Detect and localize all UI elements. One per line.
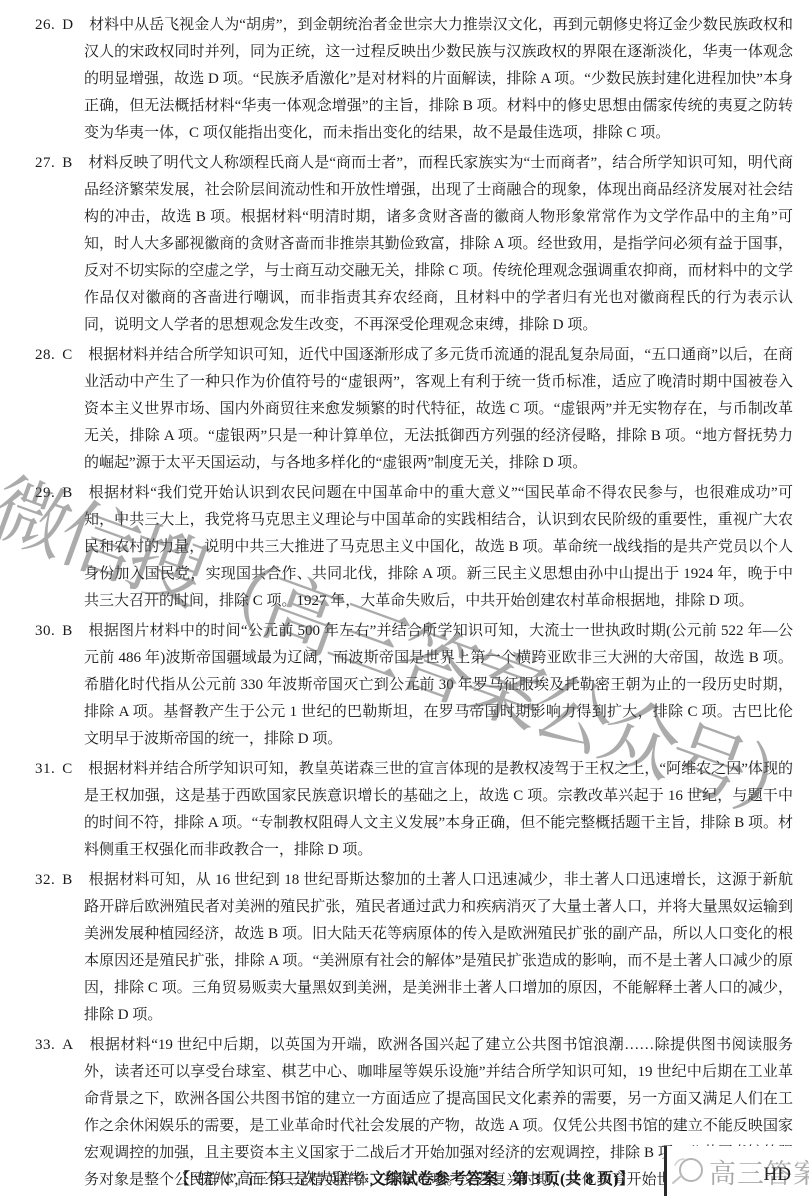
- badge-label: 高三答案: [709, 1152, 809, 1191]
- answer-letter: C: [62, 347, 72, 363]
- footer-page-number: 第 3 页(共 8 页): [512, 1171, 619, 1188]
- answer-item-27: 27.B材料反映了明代文人称颂程氏商人是“商而士者”，而程氏家族实为“士而商者”…: [35, 150, 793, 339]
- question-number: 27.: [35, 155, 55, 171]
- answer-item-30: 30.B根据图片材料中的时间“公元前 500 年左右”并结合所学知识可知，大流士…: [35, 618, 793, 753]
- answer-explanation: 材料反映了明代文人称颂程氏商人是“商而士者”，而程氏家族实为“士而商者”，结合所…: [84, 155, 793, 333]
- footer-exam-title: 【“皖八”高三第三次大联考·: [174, 1171, 370, 1188]
- magnifier-icon: [669, 1153, 707, 1189]
- answer-letter: C: [62, 761, 72, 777]
- answer-item-31: 31.C根据材料并结合所学知识可知，教皇英诺森三世的宣言体现的是教权凌驾于王权之…: [35, 756, 793, 864]
- answer-explanation: 根据材料“我们党开始认识到农民问题在中国革命中的重大意义”“国民革命不得农民参与…: [84, 485, 793, 609]
- answers-page: 26.D材料中从岳飞视金人为“胡虏”，到金朝统治者金世宗大力推崇汉文化，再到元朝…: [0, 0, 809, 1194]
- answer-letter: B: [62, 485, 72, 501]
- answer-letter: A: [62, 1037, 73, 1053]
- footer-subject: 文综试卷参考答案: [370, 1171, 498, 1188]
- answer-explanation: 根据材料并结合所学知识可知，教皇英诺森三世的宣言体现的是教权凌驾于王权之上，“阿…: [84, 761, 793, 858]
- question-number: 29.: [35, 485, 55, 501]
- question-number: 26.: [35, 17, 55, 33]
- answer-item-32: 32.B根据材料可知，从 16 世纪到 18 世纪哥斯达黎加的土著人口迅速减少，…: [35, 867, 793, 1029]
- answer-item-29: 29.B根据材料“我们党开始认识到农民问题在中国革命中的重大意义”“国民革命不得…: [35, 480, 793, 615]
- question-number: 30.: [35, 623, 55, 639]
- answer-explanation: 根据材料可知，从 16 世纪到 18 世纪哥斯达黎加的土著人口迅速减少，非土著人…: [84, 872, 793, 1023]
- answer-explanation: 根据图片材料中的时间“公元前 500 年左右”并结合所学知识可知，大流士一世执政…: [84, 623, 793, 747]
- answer-explanation: 材料中从岳飞视金人为“胡虏”，到金朝统治者金世宗大力推崇汉文化，再到元朝修史将辽…: [84, 17, 793, 141]
- question-number: 31.: [35, 761, 55, 777]
- question-number: 32.: [35, 872, 55, 888]
- footer-bracket: 】: [619, 1171, 635, 1188]
- page-code: HD: [764, 1164, 791, 1186]
- answer-letter: B: [62, 872, 72, 888]
- answer-explanation: 根据材料并结合所学知识可知，近代中国逐渐形成了多元货币流通的混乱复杂局面，“五口…: [84, 347, 793, 471]
- answer-item-28: 28.C根据材料并结合所学知识可知，近代中国逐渐形成了多元货币流通的混乱复杂局面…: [35, 342, 793, 477]
- answer-letter: D: [62, 17, 73, 33]
- answer-item-26: 26.D材料中从岳飞视金人为“胡虏”，到金朝统治者金世宗大力推崇汉文化，再到元朝…: [35, 12, 793, 147]
- question-number: 33.: [35, 1037, 55, 1053]
- question-number: 28.: [35, 347, 55, 363]
- answer-letter: B: [62, 623, 72, 639]
- answer-letter: B: [62, 155, 72, 171]
